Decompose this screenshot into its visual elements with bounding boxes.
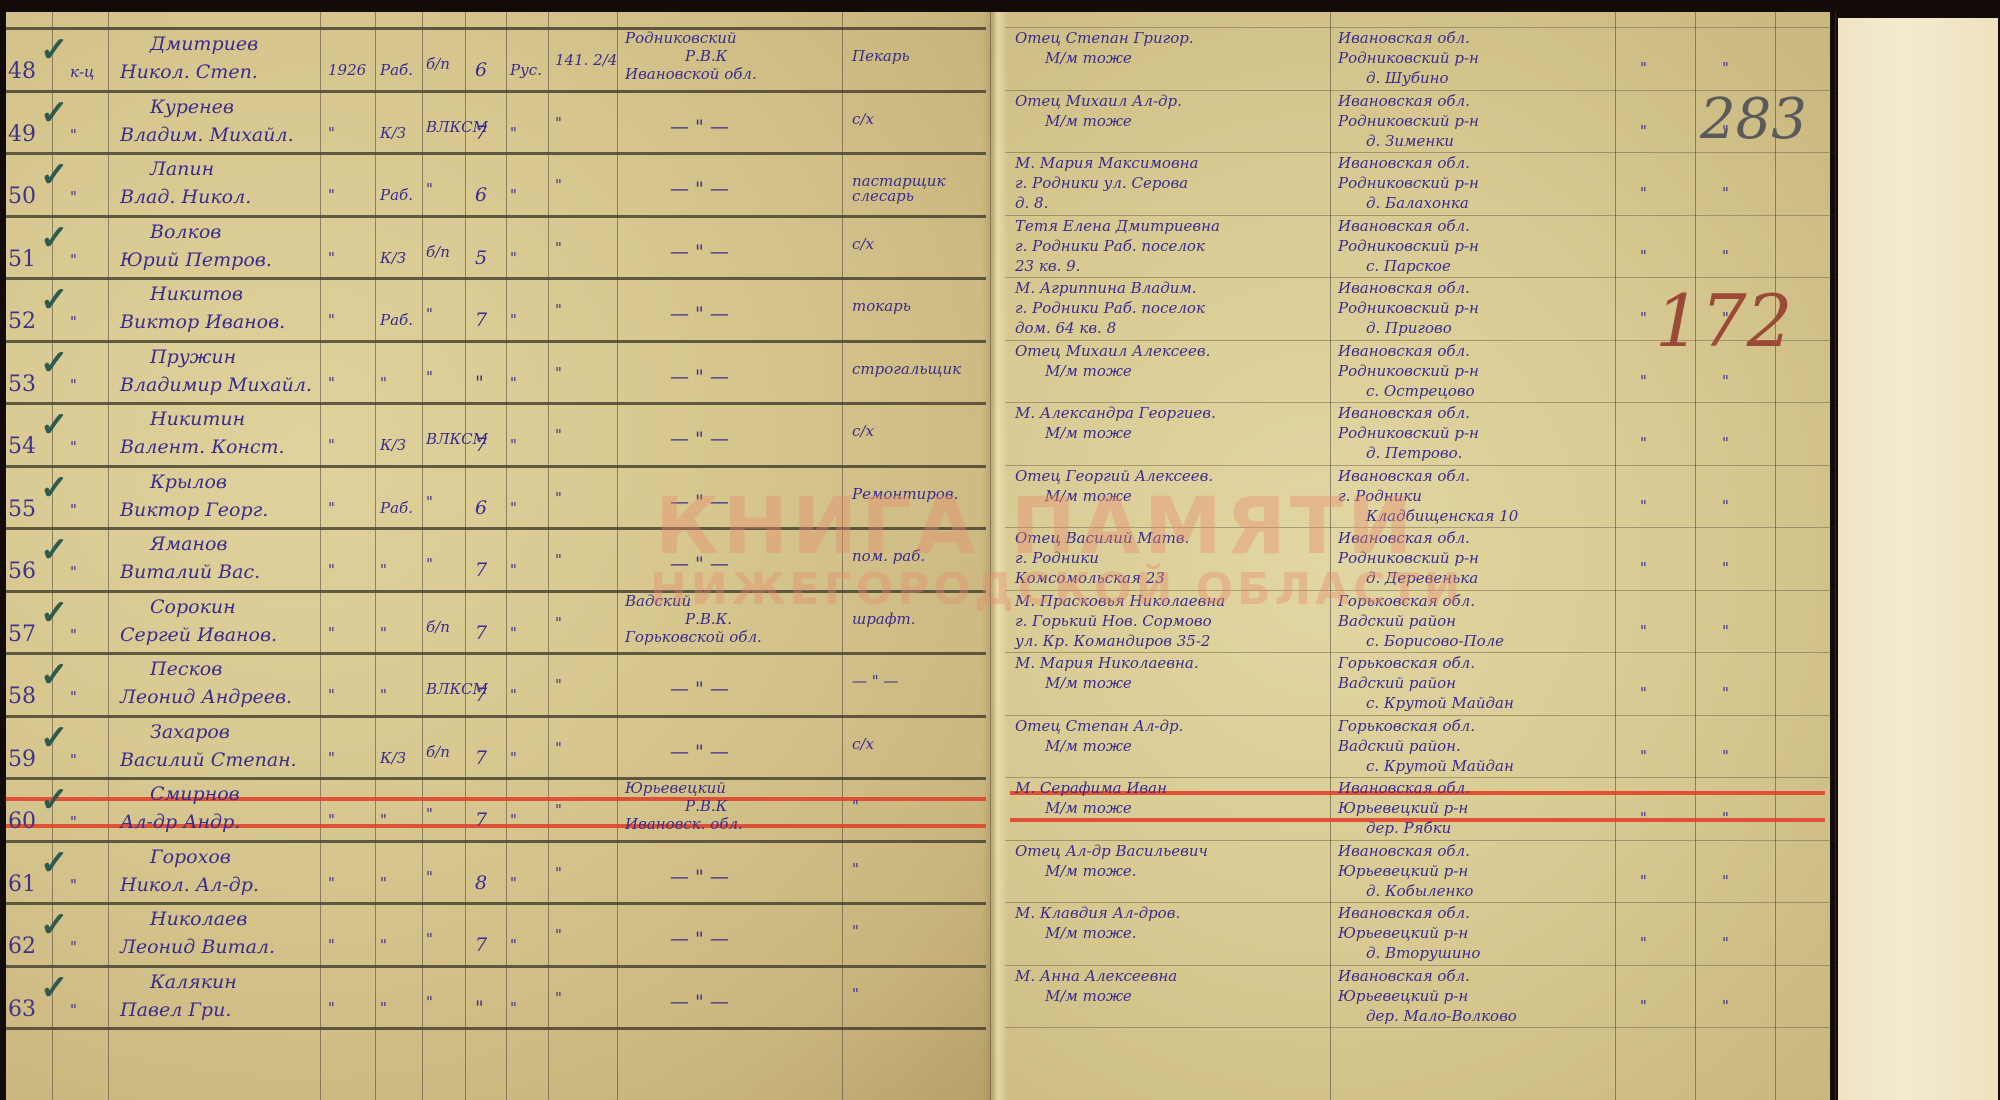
row-rule-left <box>6 902 986 905</box>
rank: " <box>70 503 77 518</box>
home-address: Родниковский р-н <box>1338 426 1479 441</box>
nationality: " <box>510 813 517 828</box>
next-of-kin: Отец Степан Григор. <box>1015 31 1194 46</box>
social-status: " <box>380 626 387 641</box>
home-address: д. Балахонка <box>1366 196 1469 211</box>
birth-year: " <box>328 313 335 328</box>
call-up: " <box>555 366 562 381</box>
social-status: К/З <box>380 751 406 766</box>
given-names: Владимир Михайл. <box>120 376 312 395</box>
nationality: " <box>510 563 517 578</box>
row-number: 50 <box>8 186 36 208</box>
education: 7 <box>475 811 487 830</box>
specialty: Пекарь <box>852 49 910 64</box>
ditto-mark: " <box>1722 811 1729 826</box>
row-rule-left <box>6 652 986 655</box>
social-status: " <box>380 688 387 703</box>
rank: " <box>70 190 77 205</box>
row-number: 61 <box>8 874 36 896</box>
social-status: " <box>380 1001 387 1016</box>
nationality: " <box>510 251 517 266</box>
nationality: " <box>510 626 517 641</box>
ditto-mark: " <box>1640 311 1647 326</box>
given-names: Леонид Витал. <box>120 938 275 957</box>
specialty: с/х <box>852 737 874 752</box>
social-status: " <box>380 813 387 828</box>
recruiting-office: Ивановск. обл. <box>625 817 743 832</box>
party: " <box>426 370 433 385</box>
specialty: токарь <box>852 299 911 314</box>
home-address: Родниковский р-н <box>1338 51 1479 66</box>
social-status: Раб. <box>380 313 413 328</box>
surname: Волков <box>150 223 221 242</box>
next-of-kin: Отец Степан Ал-др. <box>1015 719 1183 734</box>
party: " <box>426 495 433 510</box>
party: " <box>426 807 433 822</box>
row-number: 57 <box>8 624 36 646</box>
education: " <box>475 374 484 393</box>
social-status: Раб. <box>380 501 413 516</box>
home-address: Юрьевецкий р-н <box>1338 864 1468 879</box>
recruiting-office: Родниковский <box>625 31 737 46</box>
ditto-mark: " <box>1640 249 1647 264</box>
social-status: К/З <box>380 126 406 141</box>
surname: Никитин <box>150 410 245 429</box>
home-address: д. Зименки <box>1366 134 1454 149</box>
party: " <box>426 182 433 197</box>
education: 7 <box>475 561 487 580</box>
nationality: " <box>510 438 517 453</box>
given-names: Влад. Никол. <box>120 188 251 207</box>
next-of-kin: 23 кв. 9. <box>1015 259 1080 274</box>
education: 6 <box>475 61 487 80</box>
ditto-mark: " <box>1640 811 1647 826</box>
education: " <box>475 999 484 1018</box>
given-names: Леонид Андреев. <box>120 688 292 707</box>
home-address: Ивановская обл. <box>1338 781 1470 796</box>
social-status: Раб. <box>380 188 413 203</box>
nationality: " <box>510 876 517 891</box>
education: 7 <box>475 124 487 143</box>
next-of-kin: г. Родники ул. Серова <box>1015 176 1188 191</box>
party: " <box>426 557 433 572</box>
call-up: " <box>555 866 562 881</box>
social-status: " <box>380 376 387 391</box>
row-rule-right <box>1005 1027 1835 1028</box>
watermark-line2: НИЖЕГОРОДСКОЙ ОБЛАСТИ <box>650 568 1464 612</box>
ditto-mark: " <box>1722 374 1729 389</box>
watermark-line1: КНИГА ПАМЯТИ <box>655 488 1416 566</box>
next-of-kin: М. Анна Алексеевна <box>1015 969 1177 984</box>
home-address: Вадский район <box>1338 614 1456 629</box>
row-number: 52 <box>8 311 36 333</box>
social-status: Раб. <box>380 63 413 78</box>
next-of-kin: г. Горький Нов. Сормово <box>1015 614 1212 629</box>
specialty: с/х <box>852 112 874 127</box>
next-of-kin: М. Клавдия Ал-дров. <box>1015 906 1180 921</box>
recruiting-office: — " — <box>670 743 729 762</box>
home-address: Ивановская обл. <box>1338 94 1470 109</box>
row-rule-left <box>6 402 986 405</box>
nationality: " <box>510 188 517 203</box>
checkmark-icon: ✓ <box>40 221 69 255</box>
checkmark-icon: ✓ <box>40 533 69 567</box>
home-address: Ивановская обл. <box>1338 406 1470 421</box>
home-address: д. Вторушино <box>1366 946 1480 961</box>
ditto-mark: " <box>1722 999 1729 1014</box>
call-up: " <box>555 741 562 756</box>
checkmark-icon: ✓ <box>40 658 69 692</box>
next-of-kin: М. Агриппина Владим. <box>1015 281 1197 296</box>
row-rule-left <box>6 340 986 343</box>
surname: Смирнов <box>150 785 240 804</box>
specialty: " <box>852 924 859 939</box>
row-number: 59 <box>8 749 36 771</box>
checkmark-icon: ✓ <box>40 971 69 1005</box>
surname: Яманов <box>150 535 227 554</box>
birth-year: " <box>328 626 335 641</box>
social-status: " <box>380 563 387 578</box>
checkmark-icon: ✓ <box>40 471 69 505</box>
column-rule <box>320 12 321 1100</box>
given-names: Василий Степан. <box>120 751 297 770</box>
row-rule-right <box>1005 902 1835 903</box>
column-rule <box>375 12 376 1100</box>
home-address: с. Крутой Майдан <box>1366 759 1514 774</box>
ditto-mark: " <box>1722 61 1729 76</box>
row-number: 55 <box>8 499 36 521</box>
home-address: Ивановская обл. <box>1338 844 1470 859</box>
home-address: Юрьевецкий р-н <box>1338 801 1468 816</box>
given-names: Валент. Конст. <box>120 438 285 457</box>
home-address: д. Кобыленко <box>1366 884 1473 899</box>
social-status: " <box>380 876 387 891</box>
specialty: " <box>852 862 859 877</box>
party: " <box>426 932 433 947</box>
recruiting-office: — " — <box>670 118 729 137</box>
birth-year: " <box>328 376 335 391</box>
birth-year: " <box>328 438 335 453</box>
surname: Пружин <box>150 348 236 367</box>
call-up: 141. 2/4 <box>555 53 617 68</box>
row-number: 63 <box>8 999 36 1021</box>
ditto-mark: " <box>1722 249 1729 264</box>
recruiting-office: — " — <box>670 680 729 699</box>
row-rule-right <box>1005 27 1835 28</box>
ditto-mark: " <box>1640 499 1647 514</box>
home-address: Вадский район. <box>1338 739 1461 754</box>
checkmark-icon: ✓ <box>40 783 69 817</box>
recruiting-office: Юрьевецкий <box>625 781 726 796</box>
next-of-kin: М/м тоже. <box>1045 864 1137 879</box>
nationality: " <box>510 688 517 703</box>
row-rule-left <box>6 777 986 780</box>
social-status: К/З <box>380 251 406 266</box>
next-of-kin: г. Родники Раб. поселок <box>1015 301 1205 316</box>
rank: " <box>70 628 77 643</box>
row-number: 60 <box>8 811 36 833</box>
row-rule-left <box>6 715 986 718</box>
education: 7 <box>475 936 487 955</box>
row-number: 62 <box>8 936 36 958</box>
surname: Захаров <box>150 723 230 742</box>
ditto-mark: " <box>1640 874 1647 889</box>
row-rule-right <box>1005 465 1835 466</box>
surname: Дмитриев <box>150 35 258 54</box>
birth-year: " <box>328 876 335 891</box>
home-address: Ивановская обл. <box>1338 906 1470 921</box>
ditto-mark: " <box>1640 124 1647 139</box>
social-status: " <box>380 938 387 953</box>
scanned-document: 48✓к-цДмитриевНикол. Степ.1926Раб.б/п6Ру… <box>0 0 2000 1100</box>
nationality: " <box>510 313 517 328</box>
row-rule-left <box>6 27 986 30</box>
call-up: " <box>555 303 562 318</box>
recruiting-office: Горьковской обл. <box>625 630 762 645</box>
next-of-kin: М. Мария Максимовна <box>1015 156 1199 171</box>
call-up: " <box>555 116 562 131</box>
column-rule <box>1615 12 1616 1100</box>
recruiting-office: — " — <box>670 930 729 949</box>
ditto-mark: " <box>1722 686 1729 701</box>
row-number: 53 <box>8 374 36 396</box>
nationality: " <box>510 501 517 516</box>
home-address: д. Петрово. <box>1366 446 1462 461</box>
call-up: " <box>555 928 562 943</box>
next-of-kin: Отец Михаил Алексеев. <box>1015 344 1210 359</box>
checkmark-icon: ✓ <box>40 408 69 442</box>
next-of-kin: ул. Кр. Командиров 35-2 <box>1015 634 1210 649</box>
rank: " <box>70 440 77 455</box>
given-names: Никол. Степ. <box>120 63 258 82</box>
rank: " <box>70 815 77 830</box>
ditto-mark: " <box>1640 999 1647 1014</box>
rank: " <box>70 878 77 893</box>
recruiting-office: — " — <box>670 993 729 1012</box>
nationality: " <box>510 938 517 953</box>
ditto-mark: " <box>1722 499 1729 514</box>
home-address: Вадский район <box>1338 676 1456 691</box>
home-address: с. Борисово-Поле <box>1366 634 1504 649</box>
rank: " <box>70 1003 77 1018</box>
red-pencil-number: 172 <box>1655 285 1792 357</box>
birth-year: " <box>328 938 335 953</box>
call-up: " <box>555 678 562 693</box>
ditto-mark: " <box>1640 374 1647 389</box>
recruiting-office: Р.В.К <box>685 799 727 814</box>
recruiting-office: Ивановской обл. <box>625 67 757 82</box>
home-address: Юрьевецкий р-н <box>1338 926 1468 941</box>
ditto-mark: " <box>1722 874 1729 889</box>
rank: " <box>70 253 77 268</box>
next-of-kin: М/м тоже. <box>1045 926 1137 941</box>
specialty: пастарщик слесарь <box>852 174 982 204</box>
home-address: с. Парское <box>1366 259 1451 274</box>
ditto-mark: " <box>1722 186 1729 201</box>
home-address: с. Острецово <box>1366 384 1475 399</box>
row-rule-right <box>1005 715 1835 716</box>
surname: Лапин <box>150 160 214 179</box>
pencil-page-number: 283 <box>1700 92 1807 148</box>
party: " <box>426 995 433 1010</box>
home-address: Ивановская обл. <box>1338 219 1470 234</box>
party: " <box>426 870 433 885</box>
home-address: с. Крутой Майдан <box>1366 696 1514 711</box>
ditto-mark: " <box>1722 749 1729 764</box>
nationality: " <box>510 751 517 766</box>
education: 7 <box>475 311 487 330</box>
given-names: Сергей Иванов. <box>120 626 277 645</box>
given-names: Виталий Вас. <box>120 563 260 582</box>
call-up: " <box>555 241 562 256</box>
next-of-kin: М/м тоже <box>1045 801 1132 816</box>
column-rule <box>506 12 507 1100</box>
next-of-kin: д. 8. <box>1015 196 1048 211</box>
home-address: дер. Рябки <box>1366 821 1451 836</box>
recruiting-office: — " — <box>670 180 729 199</box>
rank: " <box>70 315 77 330</box>
row-rule-left <box>6 277 986 280</box>
checkmark-icon: ✓ <box>40 33 69 67</box>
column-rule <box>422 12 423 1100</box>
specialty: с/х <box>852 237 874 252</box>
recruiting-office: — " — <box>670 243 729 262</box>
row-rule-left <box>6 840 986 843</box>
row-rule-left <box>6 90 986 93</box>
next-of-kin: г. Родники Раб. поселок <box>1015 239 1205 254</box>
birth-year: " <box>328 751 335 766</box>
next-of-kin: Отец Михаил Ал-др. <box>1015 94 1182 109</box>
checkmark-icon: ✓ <box>40 283 69 317</box>
ditto-mark: " <box>1640 624 1647 639</box>
column-rule <box>465 12 466 1100</box>
birth-year: " <box>328 1001 335 1016</box>
column-rule <box>1695 12 1696 1100</box>
recruiting-office: Р.В.К <box>685 49 727 64</box>
next-of-kin: М/м тоже <box>1045 426 1132 441</box>
home-address: Юрьевецкий р-н <box>1338 989 1468 1004</box>
birth-year: " <box>328 563 335 578</box>
birth-year: " <box>328 251 335 266</box>
row-rule-right <box>1005 277 1835 278</box>
ditto-mark: " <box>1640 749 1647 764</box>
checkmark-icon: ✓ <box>40 346 69 380</box>
next-of-kin: Тетя Елена Дмитриевна <box>1015 219 1220 234</box>
row-rule-left <box>6 465 986 468</box>
education: 6 <box>475 499 487 518</box>
checkmark-icon: ✓ <box>40 846 69 880</box>
rank: к-ц <box>70 65 95 80</box>
ditto-mark: " <box>1640 436 1647 451</box>
party: б/п <box>426 745 450 760</box>
row-rule-right <box>1005 840 1835 841</box>
row-number: 51 <box>8 249 36 271</box>
given-names: Владим. Михайл. <box>120 126 294 145</box>
home-address: д. Шубино <box>1366 71 1449 86</box>
row-rule-right <box>1005 215 1835 216</box>
ditto-mark: " <box>1640 61 1647 76</box>
next-of-kin: М/м тоже <box>1045 114 1132 129</box>
home-address: Родниковский р-н <box>1338 176 1479 191</box>
ditto-mark: " <box>1722 561 1729 576</box>
row-rule-left <box>6 965 986 968</box>
row-rule-right <box>1005 777 1835 778</box>
next-of-kin: М/м тоже <box>1045 364 1132 379</box>
call-up: " <box>555 991 562 1006</box>
birth-year: " <box>328 501 335 516</box>
home-address: Ивановская обл. <box>1338 281 1470 296</box>
home-address: Ивановская обл. <box>1338 156 1470 171</box>
specialty: строгальщик <box>852 362 961 377</box>
recruiting-office: — " — <box>670 430 729 449</box>
home-address: Родниковский р-н <box>1338 239 1479 254</box>
ditto-mark: " <box>1640 561 1647 576</box>
checkmark-icon: ✓ <box>40 908 69 942</box>
surname: Никитов <box>150 285 243 304</box>
ditto-mark: " <box>1640 936 1647 951</box>
specialty: — " — <box>852 674 898 689</box>
education: 7 <box>475 624 487 643</box>
home-address: Родниковский р-н <box>1338 301 1479 316</box>
ditto-mark: " <box>1640 186 1647 201</box>
recruiting-office: — " — <box>670 305 729 324</box>
rank: " <box>70 690 77 705</box>
call-up: " <box>555 803 562 818</box>
surname: Сорокин <box>150 598 236 617</box>
row-number: 49 <box>8 124 36 146</box>
rank: " <box>70 940 77 955</box>
nationality: Рус. <box>510 63 542 78</box>
next-of-kin: М. Серафима Иван <box>1015 781 1167 796</box>
education: 7 <box>475 686 487 705</box>
education: 5 <box>475 249 487 268</box>
checkmark-icon: ✓ <box>40 596 69 630</box>
column-rule <box>548 12 549 1100</box>
specialty: " <box>852 799 859 814</box>
next-of-kin: М/м тоже <box>1045 51 1132 66</box>
education: 6 <box>475 186 487 205</box>
call-up: " <box>555 178 562 193</box>
home-address: Родниковский р-н <box>1338 364 1479 379</box>
education: 7 <box>475 436 487 455</box>
home-address: д. Пригово <box>1366 321 1452 336</box>
call-up: " <box>555 616 562 631</box>
surname: Калякин <box>150 973 237 992</box>
given-names: Павел Гри. <box>120 1001 231 1020</box>
nationality: " <box>510 376 517 391</box>
birth-year: " <box>328 688 335 703</box>
checkmark-icon: ✓ <box>40 96 69 130</box>
social-status: К/З <box>380 438 406 453</box>
rank: " <box>70 128 77 143</box>
next-of-kin: М/м тоже <box>1045 739 1132 754</box>
next-of-kin: М. Мария Николаевна. <box>1015 656 1199 671</box>
next-of-kin: М/м тоже <box>1045 676 1132 691</box>
column-rule <box>1775 12 1776 1100</box>
surname: Крылов <box>150 473 227 492</box>
birth-year: " <box>328 126 335 141</box>
surname: Песков <box>150 660 222 679</box>
next-of-kin: М/м тоже <box>1045 989 1132 1004</box>
column-rule <box>617 12 618 1100</box>
call-up: " <box>555 491 562 506</box>
ditto-mark: " <box>1640 686 1647 701</box>
row-number: 56 <box>8 561 36 583</box>
nationality: " <box>510 126 517 141</box>
row-number: 54 <box>8 436 36 458</box>
given-names: Виктор Иванов. <box>120 313 285 332</box>
ditto-mark: " <box>1722 436 1729 451</box>
